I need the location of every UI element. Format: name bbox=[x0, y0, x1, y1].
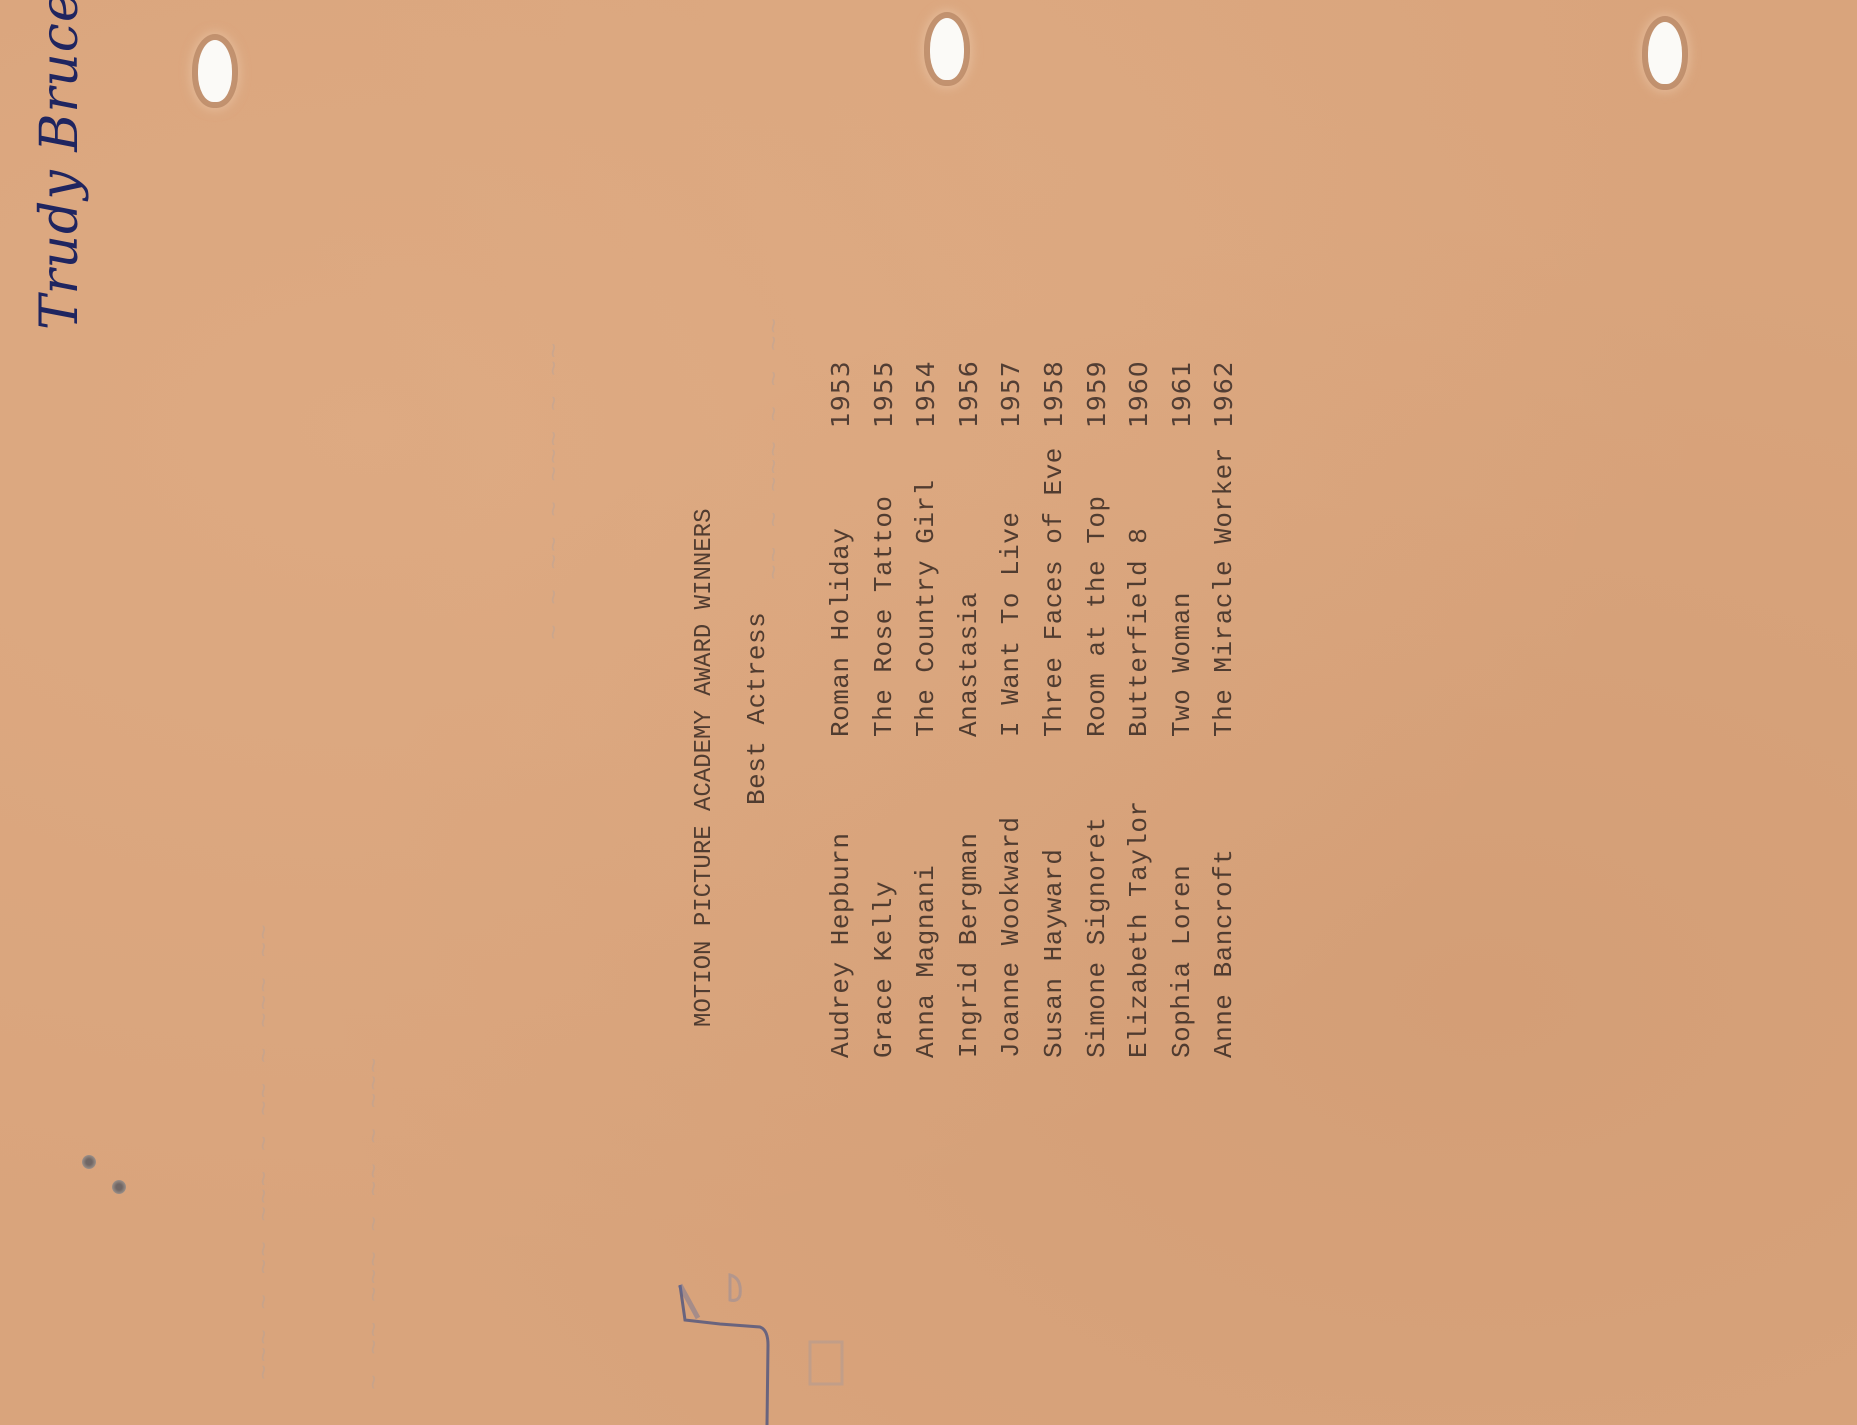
winner-film: The Rose Tattoo bbox=[869, 495, 899, 737]
winner-actress: Susan Hayward bbox=[1039, 849, 1069, 1058]
pen-mark bbox=[660, 1250, 860, 1425]
bleed-through-text: ~ ~~ ~~~ ~ ~~ ~ ~~~ bbox=[360, 1056, 390, 1390]
winner-film: I Want To Live bbox=[996, 512, 1026, 737]
winner-year: 1962 bbox=[1209, 360, 1239, 428]
winner-year: 1954 bbox=[911, 360, 941, 428]
winner-film: Roman Holiday bbox=[826, 528, 856, 737]
winner-actress: Elizabeth Taylor bbox=[1124, 800, 1154, 1058]
punch-hole-right bbox=[1648, 22, 1682, 84]
winner-film: Two Woman bbox=[1167, 592, 1197, 737]
winner-actress: Sophia Loren bbox=[1167, 865, 1197, 1058]
punch-hole-left bbox=[198, 40, 232, 102]
winner-film: The Miracle Worker bbox=[1209, 447, 1239, 737]
staple-mark bbox=[112, 1180, 126, 1194]
bleed-through-text: ~~ ~ ~~~ ~ ~ ~~ bbox=[760, 316, 790, 580]
winner-year: 1961 bbox=[1167, 360, 1197, 428]
typed-document-page: ~ ~ ~~ ~ ~~~ ~ ~~ ~~ ~ ~~~ ~ ~ ~~ ~~~ ~ … bbox=[0, 0, 1857, 1425]
winner-year: 1959 bbox=[1082, 360, 1112, 428]
winner-actress: Grace Kelly bbox=[869, 881, 899, 1058]
document-subtitle: Best Actress bbox=[742, 612, 772, 805]
handwritten-signature: Trudy Bruce bbox=[30, 0, 90, 330]
winner-film: Butterfield 8 bbox=[1124, 528, 1154, 737]
staple-mark bbox=[82, 1155, 96, 1169]
winner-actress: Simone Signoret bbox=[1082, 816, 1112, 1058]
winner-actress: Joanne Wookward bbox=[996, 816, 1026, 1058]
punch-hole-center bbox=[930, 18, 964, 80]
winner-actress: Ingrid Bergman bbox=[954, 833, 984, 1058]
winner-year: 1955 bbox=[869, 360, 899, 428]
winner-year: 1957 bbox=[996, 360, 1026, 428]
bleed-through-text: ~~~ ~ ~~ ~~~ ~ ~~ ~ ~~~ ~~ bbox=[250, 922, 280, 1380]
winner-film: The Country Girl bbox=[911, 479, 941, 737]
winner-film: Anastasia bbox=[954, 592, 984, 737]
winner-actress: Anne Bancroft bbox=[1209, 849, 1239, 1058]
bleed-through-text: ~ ~ ~~ ~ ~~~ ~ ~~ bbox=[540, 341, 570, 640]
winner-film: Three Faces of Eve bbox=[1039, 447, 1069, 737]
winner-actress: Audrey Hepburn bbox=[826, 833, 856, 1058]
winner-year: 1960 bbox=[1124, 360, 1154, 428]
winner-year: 1956 bbox=[954, 360, 984, 428]
winner-year: 1953 bbox=[826, 360, 856, 428]
winner-year: 1958 bbox=[1039, 360, 1069, 428]
winner-actress: Anna Magnani bbox=[911, 865, 941, 1058]
winner-film: Room at the Top bbox=[1082, 495, 1112, 737]
document-title: MOTION PICTURE ACADEMY AWARD WINNERS bbox=[690, 509, 720, 1027]
